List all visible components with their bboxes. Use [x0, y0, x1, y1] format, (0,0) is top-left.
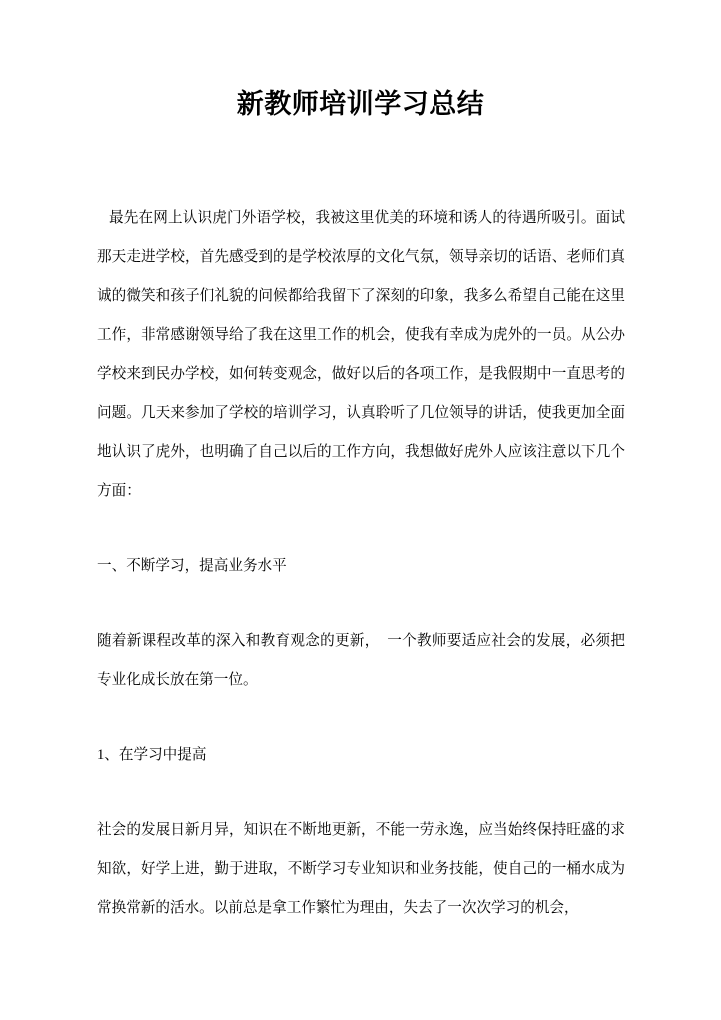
paragraph: 最先在网上认识虎门外语学校，我被这里优美的环境和诱人的待遇所吸引。面试那天走进学… [97, 199, 625, 511]
paragraph: 随着新课程改革的深入和教育观念的更新， 一个教师要适应社会的发展，必须把专业化成… [97, 622, 625, 700]
document-body: 最先在网上认识虎门外语学校，我被这里优美的环境和诱人的待遇所吸引。面试那天走进学… [97, 199, 625, 928]
document-title: 新教师培训学习总结 [0, 0, 721, 124]
document-page: 新教师培训学习总结 最先在网上认识虎门外语学校，我被这里优美的环境和诱人的待遇所… [0, 0, 721, 1020]
paragraph: 社会的发展日新月异，知识在不断地更新，不能一劳永逸，应当始终保持旺盛的求知欲，好… [97, 811, 625, 928]
section-heading: 一、不断学习，提高业务水平 [97, 547, 625, 586]
section-heading: 1、在学习中提高 [97, 736, 625, 775]
